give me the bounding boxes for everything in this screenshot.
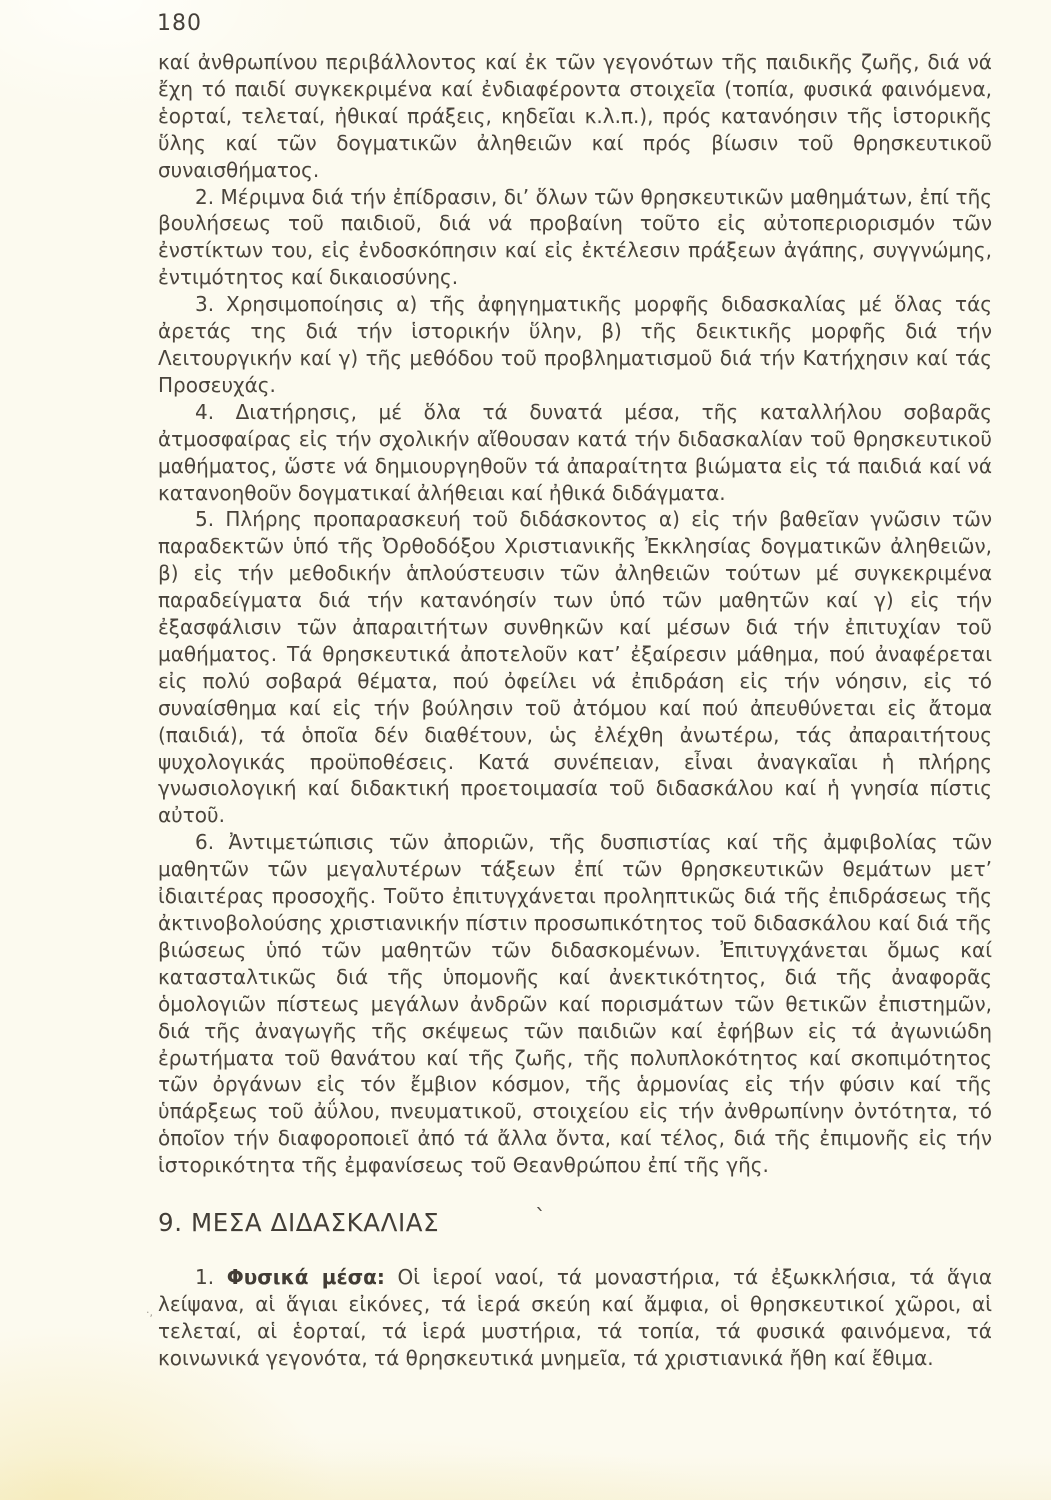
paragraph: 4. Διατήρησις, μέ ὅλα τά δυνατά μέσα, τῆ… [158, 399, 992, 507]
scan-stray-mark: ` [535, 1206, 547, 1233]
body-text: καί ἀνθρωπίνου περιβάλλοντος καί ἐκ τῶν … [158, 49, 992, 1372]
book-page: 180 καί ἀνθρωπίνου περιβάλλοντος καί ἐκ … [0, 0, 1051, 1500]
paragraph: 6. Ἀντιμετώπισις τῶν ἀποριῶν, τῆς δυσπισ… [158, 829, 992, 1179]
paragraph: 5. Πλήρης προπαρασκευή τοῦ διδάσκοντος α… [158, 506, 992, 829]
media-paragraph-lead: Φυσικά μέσα: [227, 1265, 385, 1289]
paragraph: καί ἀνθρωπίνου περιβάλλοντος καί ἐκ τῶν … [158, 49, 992, 184]
section-heading-text: 9. ΜΕΣΑ ΔΙΔΑΣΚΑΛΙΑΣ [158, 1208, 439, 1237]
body-paragraphs: καί ἀνθρωπίνου περιβάλλοντος καί ἐκ τῶν … [158, 49, 992, 1179]
paragraph: 3. Χρησιμοποίησις α) τῆς ἀφηγηματικῆς μο… [158, 291, 992, 399]
page-number: 180 [157, 11, 202, 36]
scan-speck: ·, [146, 1306, 153, 1319]
section-heading: 9. ΜΕΣΑ ΔΙΔΑΣΚΑΛΙΑΣ ` [158, 1210, 992, 1237]
paragraph: 2. Μέριμνα διά τήν ἐπίδρασιν, δι’ ὅλων τ… [158, 184, 992, 292]
media-paragraph-number: 1. [195, 1265, 227, 1289]
media-paragraph: 1. Φυσικά μέσα: Οἱ ἱεροί ναοί, τά μοναστ… [158, 1264, 992, 1372]
